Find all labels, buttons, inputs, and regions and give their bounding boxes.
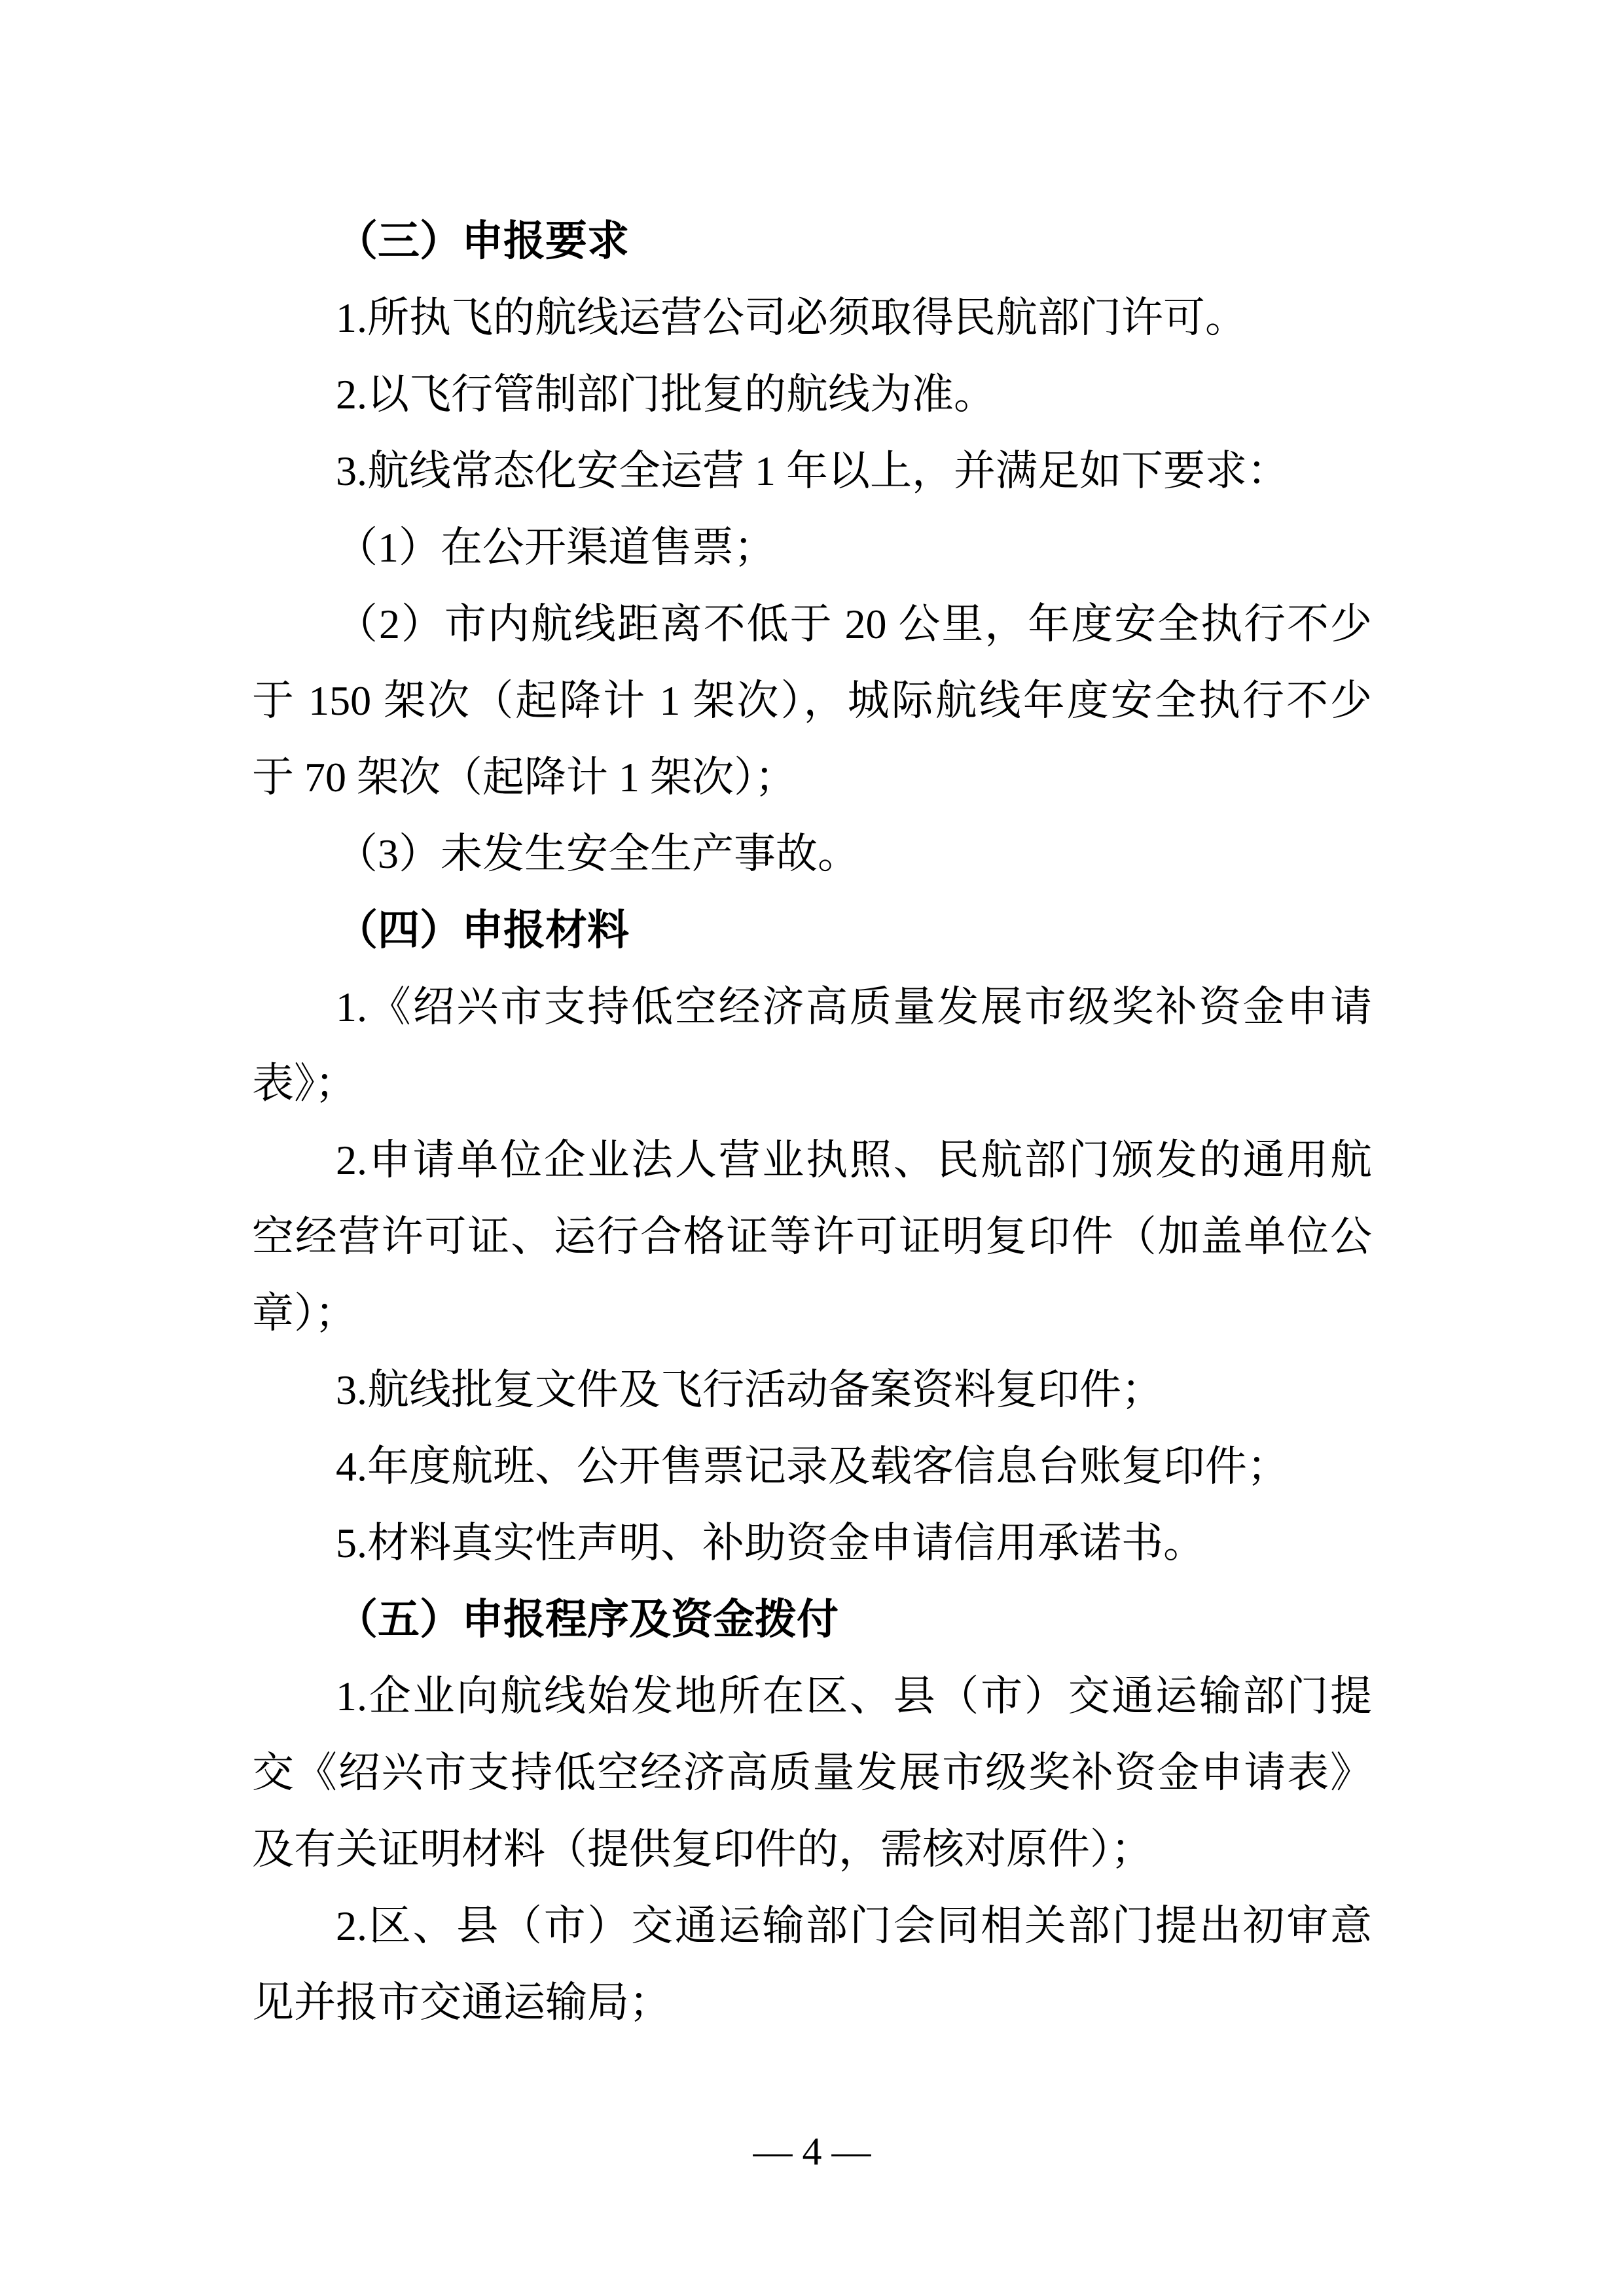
body-line: 见并报市交通运输局；	[252, 1964, 1372, 2041]
section-heading: （三）申报要求	[252, 203, 1372, 279]
body-line: 2.区、县（市）交通运输部门会同相关部门提出初审意	[252, 1888, 1372, 1964]
text-block: （三）申报要求 1.所执飞的航线运营公司必须取得民航部门许可。 2.以飞行管制部…	[252, 203, 1372, 2041]
body-line: 4.年度航班、公开售票记录及载客信息台账复印件；	[252, 1428, 1372, 1505]
body-line: （1）在公开渠道售票；	[252, 509, 1372, 586]
body-line: 于 70 架次（起降计 1 架次）；	[252, 739, 1372, 816]
body-line: 及有关证明材料（提供复印件的，需核对原件）；	[252, 1811, 1372, 1888]
body-line: 2.申请单位企业法人营业执照、民航部门颁发的通用航	[252, 1122, 1372, 1198]
body-line: 空经营许可证、运行合格证等许可证明复印件（加盖单位公	[252, 1198, 1372, 1275]
body-line: 3.航线批复文件及飞行活动备案资料复印件；	[252, 1352, 1372, 1428]
section-heading: （五）申报程序及资金拨付	[252, 1581, 1372, 1658]
section-heading: （四）申报材料	[252, 892, 1372, 969]
body-line: 1.《绍兴市支持低空经济高质量发展市级奖补资金申请	[252, 969, 1372, 1045]
body-line: 表》；	[252, 1045, 1372, 1122]
body-line: （2）市内航线距离不低于 20 公里，年度安全执行不少	[252, 586, 1372, 662]
body-line: 章）；	[252, 1275, 1372, 1352]
body-line: 3.航线常态化安全运营 1 年以上，并满足如下要求：	[252, 433, 1372, 509]
body-line: 1.企业向航线始发地所在区、县（市）交通运输部门提	[252, 1658, 1372, 1734]
page-number: — 4 —	[0, 2125, 1624, 2178]
body-line: 5.材料真实性声明、补助资金申请信用承诺书。	[252, 1505, 1372, 1581]
body-line: 2.以飞行管制部门批复的航线为准。	[252, 356, 1372, 433]
body-line: 1.所执飞的航线运营公司必须取得民航部门许可。	[252, 279, 1372, 356]
body-line: 于 150 架次（起降计 1 架次），城际航线年度安全执行不少	[252, 662, 1372, 739]
document-page: （三）申报要求 1.所执飞的航线运营公司必须取得民航部门许可。 2.以飞行管制部…	[0, 0, 1624, 2296]
body-line: （3）未发生安全生产事故。	[252, 816, 1372, 892]
body-line: 交《绍兴市支持低空经济高质量发展市级奖补资金申请表》	[252, 1734, 1372, 1811]
